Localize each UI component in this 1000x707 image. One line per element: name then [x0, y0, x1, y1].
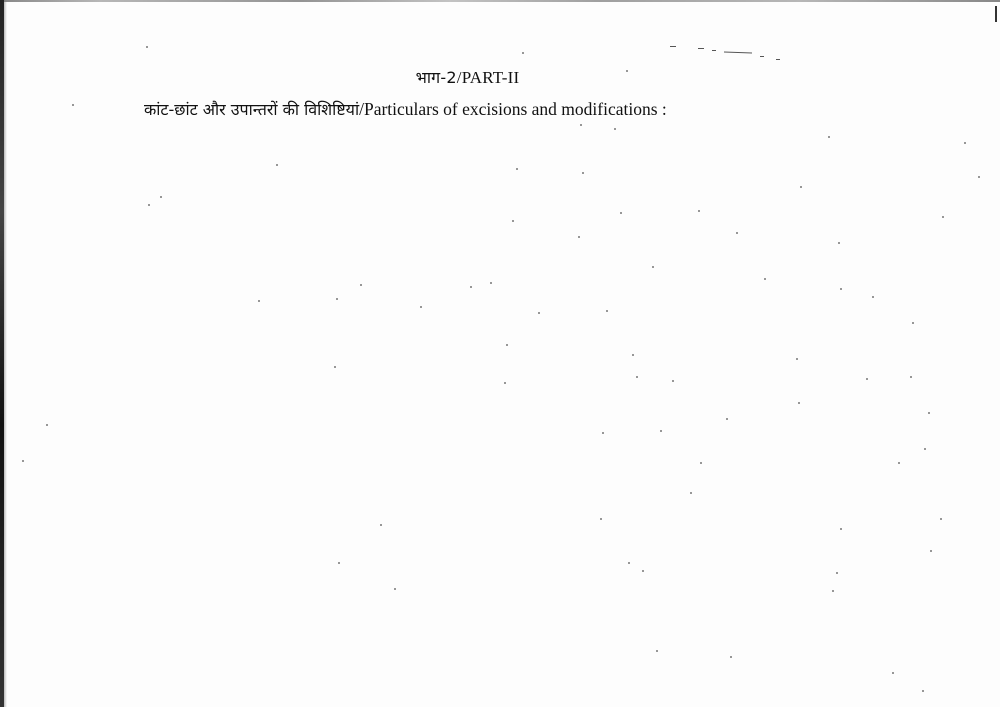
scan-speck	[840, 288, 842, 290]
scan-speck	[898, 462, 900, 464]
scan-speck	[840, 528, 842, 530]
scan-speck	[736, 232, 738, 234]
section-title-english: Particulars of excisions and modificatio…	[364, 99, 667, 119]
scan-artifact	[776, 59, 780, 60]
scan-speck	[796, 358, 798, 360]
scan-speck	[580, 124, 582, 126]
scan-speck	[764, 278, 766, 280]
scan-speck	[628, 562, 630, 564]
scan-right-edge-mark	[995, 6, 997, 22]
scan-speck	[928, 412, 930, 414]
scan-speck	[942, 216, 944, 218]
scan-speck	[690, 492, 692, 494]
scan-speck	[930, 550, 932, 552]
scan-left-shadow	[4, 0, 7, 707]
scan-speck	[258, 300, 260, 302]
scan-speck	[602, 432, 604, 434]
scan-speck	[72, 104, 74, 106]
scan-speck	[582, 172, 584, 174]
scan-speck	[672, 380, 674, 382]
scan-speck	[338, 562, 340, 564]
scan-speck	[148, 204, 150, 206]
scan-speck	[538, 312, 540, 314]
scan-speck	[420, 306, 422, 308]
scan-speck	[360, 284, 362, 286]
scan-speck	[726, 418, 728, 420]
scan-speck	[600, 518, 602, 520]
scan-speck	[964, 142, 966, 144]
scan-speck	[626, 70, 628, 72]
scan-speck	[606, 310, 608, 312]
scan-speck	[334, 366, 336, 368]
scan-speck	[632, 354, 634, 356]
scan-speck	[730, 656, 732, 658]
scan-speck	[504, 382, 506, 384]
scan-speck	[506, 344, 508, 346]
scan-speck	[652, 266, 654, 268]
scan-speck	[910, 376, 912, 378]
scan-speck	[46, 424, 48, 426]
scan-speck	[828, 136, 830, 138]
scan-speck	[394, 588, 396, 590]
scan-speck	[924, 448, 926, 450]
scan-speck	[160, 196, 162, 198]
scan-speck	[912, 322, 914, 324]
scan-speck	[940, 518, 942, 520]
scan-speck	[698, 210, 700, 212]
scan-artifact	[724, 52, 752, 54]
scan-speck	[620, 212, 622, 214]
scan-top-edge	[0, 0, 1000, 2]
scan-speck	[798, 402, 800, 404]
scan-speck	[642, 570, 644, 572]
scan-speck	[892, 672, 894, 674]
scan-artifact	[698, 48, 704, 49]
scan-speck	[490, 282, 492, 284]
scan-speck	[700, 462, 702, 464]
scan-speck	[614, 128, 616, 130]
scan-speck	[838, 242, 840, 244]
section-title-hindi: कांट-छांट और उपान्तरों की विशिष्टियां	[144, 100, 359, 119]
scan-speck	[578, 236, 580, 238]
scan-speck	[922, 690, 924, 692]
scanned-document-page: भाग-2/PART-II कांट-छांट और उपान्तरों की …	[0, 0, 1000, 707]
part-heading-hindi: भाग-2	[416, 68, 457, 87]
scan-artifact	[670, 46, 676, 47]
scan-speck	[978, 176, 980, 178]
part-heading: भाग-2/PART-II	[0, 66, 935, 88]
scan-speck	[470, 286, 472, 288]
scan-speck	[512, 220, 514, 222]
scan-speck	[516, 168, 518, 170]
scan-artifact	[760, 56, 764, 57]
scan-speck	[380, 524, 382, 526]
part-heading-english: PART-II	[462, 68, 520, 87]
scan-speck	[636, 376, 638, 378]
scan-speck	[832, 590, 834, 592]
scan-speck	[336, 298, 338, 300]
scan-speck	[656, 650, 658, 652]
scan-speck	[276, 164, 278, 166]
scan-speck	[146, 46, 148, 48]
scan-artifact	[712, 50, 716, 51]
scan-speck	[660, 430, 662, 432]
section-title: कांट-छांट और उपान्तरों की विशिष्टियां/Pa…	[144, 98, 667, 120]
scan-speck	[836, 572, 838, 574]
scan-speck	[522, 52, 524, 54]
scan-speck	[866, 378, 868, 380]
scan-speck	[800, 186, 802, 188]
scan-speck	[872, 296, 874, 298]
scan-speck	[22, 460, 24, 462]
